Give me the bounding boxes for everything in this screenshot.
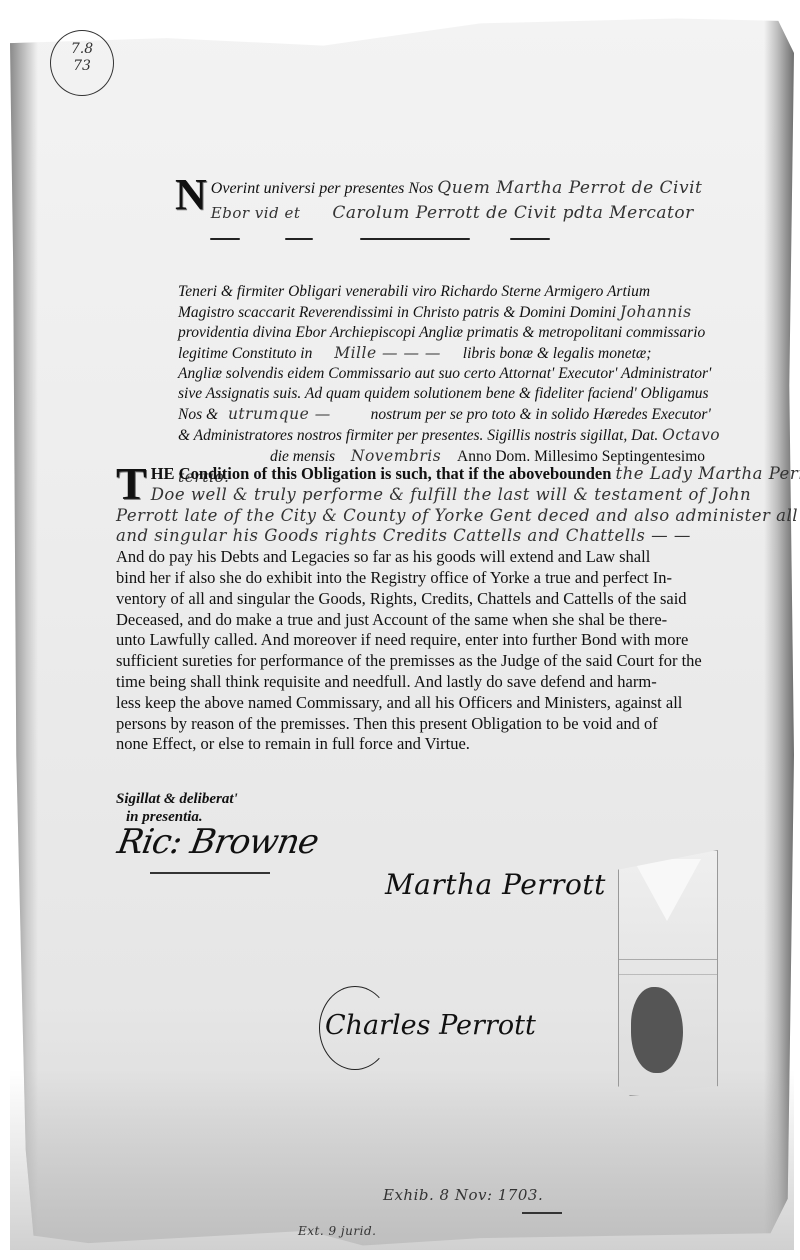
wax-seal-tag xyxy=(618,850,718,1096)
latin-line: die mensis xyxy=(270,448,335,465)
heading-hand-3: Carolum Perrott de Civit pdta Mercator xyxy=(332,203,693,223)
latin-hand: Mille — — — xyxy=(334,344,441,362)
signature-witness: Ric: Browne xyxy=(114,822,321,862)
latin-line: & Administratores nostros firmiter per p… xyxy=(178,427,658,444)
wax-seal xyxy=(631,987,683,1073)
condition-line: sufficient sureties for performance of t… xyxy=(116,651,702,670)
latin-line: nostrum per se pro toto & in solido Hære… xyxy=(371,406,711,423)
condition-line: unto Lawfully called. And moreover if ne… xyxy=(116,630,688,649)
latin-hand: utrumque — xyxy=(228,405,331,423)
condition-line: none Effect, or else to remain in full f… xyxy=(116,734,470,753)
condition-line: time being shall think requisite and nee… xyxy=(116,672,657,691)
condition-hand: Doe well & truly performe & fulfill the … xyxy=(151,485,751,504)
heading-printed: Overint universi per presentes Nos xyxy=(211,180,433,197)
condition-line: And do pay his Debts and Legacies so far… xyxy=(116,547,650,566)
latin-hand: Novembris xyxy=(351,447,441,465)
heading-dashes xyxy=(210,238,770,244)
condition-line: persons by reason of the premisses. Then… xyxy=(116,714,658,733)
signature-charles: Charles Perrott xyxy=(325,1010,536,1041)
condition-hand: the Lady Martha Perrot xyxy=(616,464,800,483)
endorsement-date: Exhib. 8 Nov: 1703. xyxy=(383,1186,543,1204)
stamp-line-1: 7.8 xyxy=(51,41,113,58)
condition-line: ventory of all and singular the Goods, R… xyxy=(116,589,687,608)
condition-line: Deceased, and do make a true and just Ac… xyxy=(116,610,667,629)
latin-line: legitime Constituto in xyxy=(178,345,312,362)
signature-flourish xyxy=(150,872,270,874)
latin-line: Teneri & firmiter Obligari venerabili vi… xyxy=(178,283,650,300)
latin-hand: Octavo xyxy=(662,426,720,444)
heading-hand-2: Ebor vid et xyxy=(211,204,301,222)
condition-line: less keep the above named Commissary, an… xyxy=(116,693,682,712)
heading-hand-1: Quem Martha Perrot de Civit xyxy=(437,178,702,198)
page-shadow xyxy=(10,1070,794,1250)
condition-line: bind her if also she do exhibit into the… xyxy=(116,568,672,587)
archive-stamp: 7.8 73 xyxy=(50,30,114,96)
latin-line: Magistro scaccarit Reverendissimi in Chr… xyxy=(178,304,616,321)
condition-line: HE Condition of this Obligation is such,… xyxy=(151,464,612,483)
latin-line: providentia divina Ebor Archiepiscopi An… xyxy=(178,324,705,341)
endorsement-note: Ext. 9 jurid. xyxy=(298,1224,376,1238)
latin-line: Anno Dom. Millesimo Septingentesimo xyxy=(457,448,705,465)
latin-line: sive Assignatis suis. Ad quam quidem sol… xyxy=(178,385,709,402)
stamp-line-2: 73 xyxy=(51,58,113,75)
sealed-delivered: Sigillat & deliberat' in presentia. xyxy=(116,790,238,826)
dropcap-n: N xyxy=(175,176,207,214)
latin-line: Angliæ solvendis eidem Commissario aut s… xyxy=(178,365,711,382)
latin-body: Teneri & firmiter Obligari venerabili vi… xyxy=(178,282,778,488)
latin-hand: Johannis xyxy=(620,303,692,321)
condition-hand: and singular his Goods rights Credits Ca… xyxy=(116,526,691,545)
latin-line: libris bonæ & legalis monetæ; xyxy=(463,345,652,362)
condition-hand: Perrott late of the City & County of Yor… xyxy=(116,506,798,525)
latin-line: Nos & xyxy=(178,406,218,423)
dropcap-t: T xyxy=(116,464,147,504)
condition-body: T HE Condition of this Obligation is suc… xyxy=(116,464,776,755)
endorsement-rule xyxy=(522,1212,562,1214)
sealed-line-1: Sigillat & deliberat' xyxy=(116,790,238,808)
seal-fold xyxy=(619,959,717,975)
seal-notch xyxy=(633,859,701,921)
bond-heading: N Overint universi per presentes Nos Que… xyxy=(175,176,775,226)
signature-martha: Martha Perrott xyxy=(385,868,606,901)
